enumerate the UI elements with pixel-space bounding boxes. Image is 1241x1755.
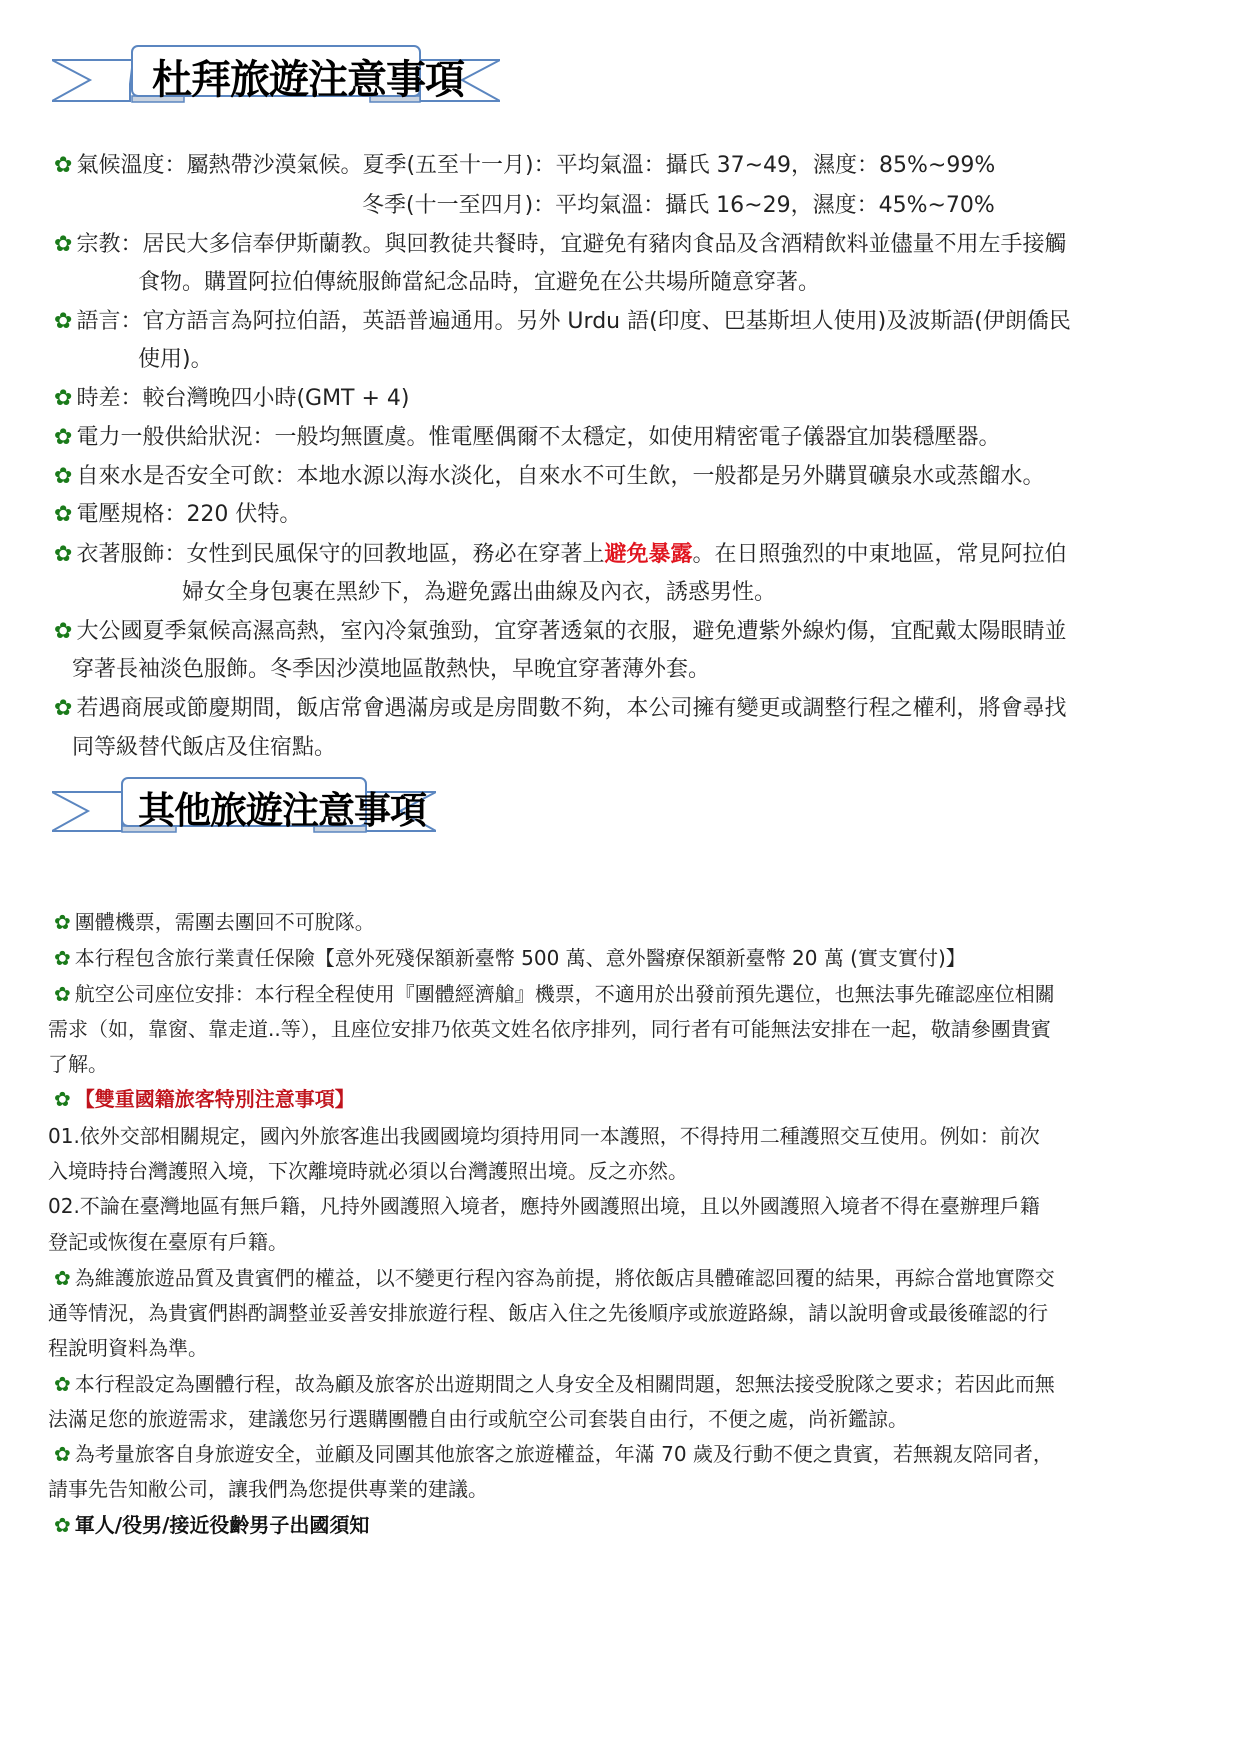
flower-bullet-icon: ✿ [54,386,72,411]
section-banner-dubai: 杜拜旅遊注意事項 [52,44,500,106]
highlight-text: 避免暴露 [604,542,692,567]
list-item-hotel-cont: 同等級替代飯店及住宿點。 [72,730,336,761]
dual-rule-02: 02.不論在臺灣地區有無戶籍，凡持外國護照入境者，應持外國護照出境，且以外國護照… [48,1190,1040,1219]
list-item-voltage: ✿電壓規格：220 伏特。 [54,497,301,528]
flower-bullet-icon: ✿ [54,946,71,970]
flower-bullet-icon: ✿ [54,1513,71,1537]
list-item-seat-end: 了解。 [48,1048,108,1077]
flower-bullet-icon: ✿ [54,696,72,721]
list-item-climate-winter: 冬季(十一至四月)：平均氣溫：攝氏 16~29，濕度：45%~70% [362,188,995,219]
list-item-religion-cont: 食物。購置阿拉伯傳統服飾當紀念品時，宜避免在公共場所隨意穿著。 [138,265,820,296]
flower-bullet-icon: ✿ [54,502,72,527]
list-item-group-ticket: ✿團體機票，需團去團回不可脫隊。 [54,906,375,935]
list-item-timezone: ✿時差：較台灣晚四小時(GMT + 4) [54,381,410,412]
section-title: 其他旅遊注意事項 [138,780,426,834]
list-item-climate: ✿氣候溫度：屬熱帶沙漠氣候。夏季(五至十一月)：平均氣溫：攝氏 37~49，濕度… [54,148,995,179]
flower-bullet-icon: ✿ [54,1087,71,1111]
dual-nationality-heading: ✿【雙重國籍旅客特別注意事項】 [54,1083,355,1112]
flower-bullet-icon: ✿ [54,982,71,1006]
flower-bullet-icon: ✿ [54,910,71,934]
list-item-summer-cont: 穿著長袖淡色服飾。冬季因沙漠地區散熱快，早晚宜穿著薄外套。 [72,652,710,683]
list-item-hotel: ✿若遇商展或節慶期間，飯店常會遇滿房或是房間數不夠，本公司擁有變更或調整行程之權… [54,691,1066,722]
list-item-military: ✿軍人/役男/接近役齡男子出國須知 [54,1509,369,1538]
flower-bullet-icon: ✿ [54,464,72,489]
dual-rule-01: 01.依外交部相關規定，國內外旅客進出我國國境均須持用同一本護照，不得持用二種護… [48,1120,1040,1149]
list-item-water: ✿自來水是否安全可飲：本地水源以海水淡化，自來水不可生飲，一般都是另外購買礦泉水… [54,459,1044,490]
section-title: 杜拜旅遊注意事項 [152,48,464,105]
list-item-elderly: ✿為考量旅客自身旅遊安全，並顧及同團其他旅客之旅遊權益，年滿 70 歲及行動不便… [54,1438,1053,1467]
list-item-language: ✿語言：官方語言為阿拉伯語，英語普遍通用。另外 Urdu 語(印度、巴基斯坦人使… [54,304,1071,335]
flower-bullet-icon: ✿ [54,232,72,257]
list-item-elderly-cont: 請事先告知敝公司，讓我們為您提供專業的建議。 [48,1473,488,1502]
dual-rule-02-cont: 登記或恢復在臺原有戶籍。 [48,1226,288,1255]
list-item-seat: ✿航空公司座位安排：本行程全程使用『團體經濟艙』機票，不適用於出發前預先選位，也… [54,978,1055,1007]
list-item-summer: ✿大公國夏季氣候高濕高熱，室內冷氣強勁，宜穿著透氣的衣服，避免遭紫外線灼傷，宜配… [54,614,1066,645]
dual-rule-01-cont: 入境時持台灣護照入境，下次離境時就必須以台灣護照出境。反之亦然。 [48,1155,688,1184]
list-item-language-cont: 使用)。 [138,342,213,373]
list-item-group-tour-cont: 法滿足您的旅遊需求，建議您另行選購團體自由行或航空公司套裝自由行，不便之處，尚祈… [48,1403,908,1432]
list-item-insurance: ✿本行程包含旅行業責任保險【意外死殘保額新臺幣 500 萬、意外醫療保額新臺幣 … [54,942,966,971]
list-item-quality-cont: 通等情況，為貴賓們斟酌調整並妥善安排旅遊行程、飯店入住之先後順序或旅遊路線，請以… [48,1297,1048,1326]
list-item-power: ✿電力一般供給狀況：一般均無匱虞。惟電壓偶爾不太穩定，如使用精密電子儀器宜加裝穩… [54,420,1000,451]
flower-bullet-icon: ✿ [54,542,72,567]
list-item-quality-end: 程說明資料為準。 [48,1332,208,1361]
list-item-group-tour: ✿本行程設定為團體行程，故為顧及旅客於出遊期間之人身安全及相關問題，恕無法接受脫… [54,1368,1055,1397]
flower-bullet-icon: ✿ [54,1442,71,1466]
list-item-seat-cont: 需求（如，靠窗、靠走道..等），且座位安排乃依英文姓名依序排列，同行者有可能無法… [48,1013,1051,1042]
flower-bullet-icon: ✿ [54,425,72,450]
list-item-quality: ✿為維護旅遊品質及貴賓們的權益，以不變更行程內容為前提，將依飯店具體確認回覆的結… [54,1262,1055,1291]
flower-bullet-icon: ✿ [54,619,72,644]
list-item-dress-cont: 婦女全身包裹在黑紗下，為避免露出曲線及內衣，誘惑男性。 [182,575,776,606]
flower-bullet-icon: ✿ [54,153,72,178]
flower-bullet-icon: ✿ [54,309,72,334]
list-item-dress: ✿衣著服飾：女性到民風保守的回教地區，務必在穿著上避免暴露。在日照強烈的中東地區… [54,537,1066,568]
section-banner-other: 其他旅遊注意事項 [52,774,436,836]
flower-bullet-icon: ✿ [54,1372,71,1396]
list-item-religion: ✿宗教：居民大多信奉伊斯蘭教。與回教徒共餐時，宜避免有豬肉食品及含酒精飲料並儘量… [54,227,1066,258]
flower-bullet-icon: ✿ [54,1266,71,1290]
